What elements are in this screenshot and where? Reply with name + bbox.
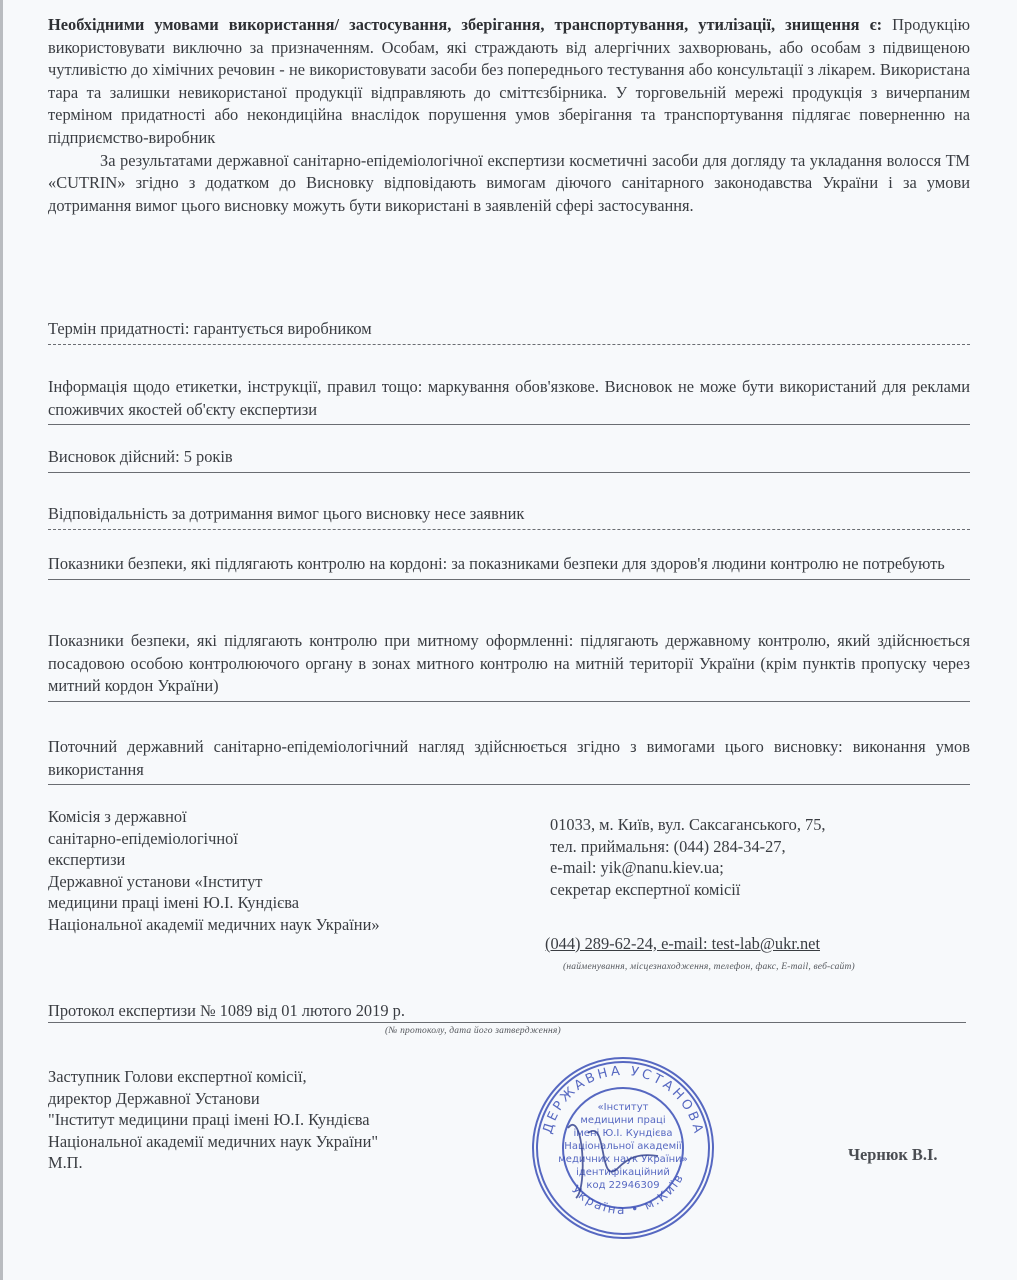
- phone: тел. приймальня: (044) 284-34-27,: [550, 836, 970, 858]
- official-stamp: ДЕРЖАВНА УСТАНОВА Україна • м.Київ «Інст…: [528, 1048, 718, 1248]
- lab-contact: (044) 289-62-24, e-mail: test-lab@ukr.ne…: [545, 934, 965, 954]
- address: 01033, м. Київ, вул. Саксаганського, 75,: [550, 814, 970, 836]
- usage-conditions-paragraph: Необхідними умовами використання/ застос…: [48, 14, 970, 150]
- usage-conditions-heading: Необхідними умовами використання/ застос…: [48, 15, 882, 34]
- commission-line: медицини праці імені Ю.І. Кундієва: [48, 892, 498, 914]
- svg-text:код 22946309: код 22946309: [586, 1180, 659, 1191]
- field-border-control: Показники безпеки, які підлягають контро…: [48, 553, 970, 580]
- svg-text:ідентифікаційний: ідентифікаційний: [576, 1166, 670, 1178]
- deputy-line: Заступник Голови експертної комісії,: [48, 1066, 508, 1088]
- commission-line: Державної установи «Інститут: [48, 871, 498, 893]
- commission-line: Комісія з державної: [48, 806, 498, 828]
- secretary-label: секретар експертної комісії: [550, 879, 970, 901]
- commission-line: Національної академії медичних наук Укра…: [48, 914, 498, 936]
- field-validity: Висновок дійсний: 5 років: [48, 446, 970, 473]
- deputy-block: Заступник Голови експертної комісії, дир…: [48, 1066, 508, 1174]
- lab-contact-hint: (найменування, місцезнаходження, телефон…: [563, 962, 855, 972]
- contacts-block: 01033, м. Київ, вул. Саксаганського, 75,…: [550, 814, 970, 900]
- usage-conditions-text: Продукцію використовувати виключно за пр…: [48, 15, 970, 147]
- deputy-line: директор Державної Установи: [48, 1088, 508, 1110]
- field-supervision: Поточний державний санітарно-епідеміолог…: [48, 736, 970, 785]
- email: e-mail: yik@nanu.kiev.ua;: [550, 857, 970, 879]
- conclusion-paragraph: За результатами державної санітарно-епід…: [48, 150, 970, 218]
- svg-text:«Інститут: «Інститут: [598, 1102, 649, 1113]
- deputy-line: "Інститут медицини праці імені Ю.І. Кунд…: [48, 1109, 508, 1131]
- deputy-line: Національної академії медичних наук Укра…: [48, 1131, 508, 1153]
- scan-edge: [0, 0, 3, 1280]
- svg-text:медицини праці: медицини праці: [580, 1114, 665, 1126]
- svg-text:ДЕРЖАВНА УСТАНОВА: ДЕРЖАВНА УСТАНОВА: [540, 1064, 706, 1138]
- field-customs-control: Показники безпеки, які підлягають контро…: [48, 630, 970, 702]
- signer-name: Чернюк В.І.: [848, 1145, 937, 1165]
- document-body: Необхідними умовами використання/ застос…: [48, 14, 970, 217]
- commission-block: Комісія з державної санітарно-епідеміоло…: [48, 806, 498, 935]
- stamp-icon: ДЕРЖАВНА УСТАНОВА Україна • м.Київ «Інст…: [528, 1048, 718, 1248]
- field-shelf-life: Термін придатності: гарантується виробни…: [48, 318, 970, 345]
- commission-line: експертизи: [48, 849, 498, 871]
- field-responsibility: Відповідальність за дотримання вимог цьо…: [48, 503, 970, 530]
- deputy-line: М.П.: [48, 1152, 508, 1174]
- field-labeling-info: Інформація щодо етикетки, інструкції, пр…: [48, 376, 970, 425]
- protocol-line: Протокол експертизи № 1089 від 01 лютого…: [48, 1000, 966, 1023]
- commission-line: санітарно-епідеміологічної: [48, 828, 498, 850]
- protocol-hint: (№ протоколу, дата його затвердження): [385, 1026, 561, 1036]
